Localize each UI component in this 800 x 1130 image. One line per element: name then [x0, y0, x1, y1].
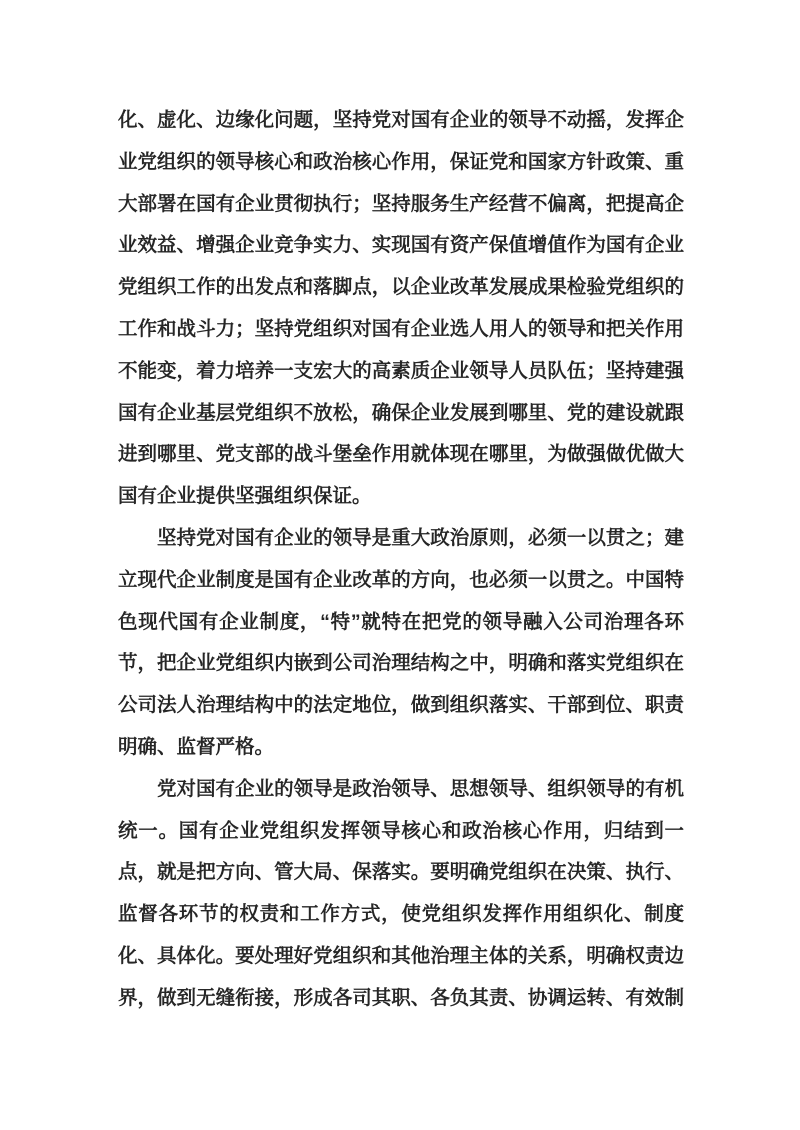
document-text-block: 化、虚化、边缘化问题，坚持党对国有企业的领导不动摇，发挥企 业党组织的领导核心和… [118, 100, 684, 1020]
text-line: 国有企业提供坚强组织保证。 [118, 476, 684, 518]
text-line: 业党组织的领导核心和政治核心作用，保证党和国家方针政策、重 [118, 142, 684, 184]
text-line: 公司法人治理结构中的法定地位，做到组织落实、干部到位、职责 [118, 685, 684, 727]
text-line: 监督各环节的权责和工作方式，使党组织发挥作用组织化、制度 [118, 894, 684, 936]
text-line: 不能变，着力培养一支宏大的高素质企业领导人员队伍；坚持建强 [118, 351, 684, 393]
text-line: 工作和战斗力；坚持党组织对国有企业选人用人的领导和把关作用 [118, 309, 684, 351]
text-line: 界，做到无缝衔接，形成各司其职、各负其责、协调运转、有效制 [118, 978, 684, 1020]
text-line: 大部署在国有企业贯彻执行；坚持服务生产经营不偏离，把提高企 [118, 184, 684, 226]
text-line: 坚持党对国有企业的领导是重大政治原则，必须一以贯之；建 [118, 518, 684, 560]
text-line: 进到哪里、党支部的战斗堡垒作用就体现在哪里，为做强做优做大 [118, 434, 684, 476]
text-line: 明确、监督严格。 [118, 727, 684, 769]
paragraph: 化、虚化、边缘化问题，坚持党对国有企业的领导不动摇，发挥企 业党组织的领导核心和… [118, 100, 684, 518]
text-line: 党对国有企业的领导是政治领导、思想领导、组织领导的有机 [118, 769, 684, 811]
text-line: 色现代国有企业制度，“特”就特在把党的领导融入公司治理各环 [118, 602, 684, 644]
text-line: 党组织工作的出发点和落脚点，以企业改革发展成果检验党组织的 [118, 267, 684, 309]
text-line: 化、具体化。要处理好党组织和其他治理主体的关系，明确权责边 [118, 936, 684, 978]
text-line: 国有企业基层党组织不放松，确保企业发展到哪里、党的建设就跟 [118, 393, 684, 435]
paragraph: 坚持党对国有企业的领导是重大政治原则，必须一以贯之；建 立现代企业制度是国有企业… [118, 518, 684, 769]
text-line: 立现代企业制度是国有企业改革的方向，也必须一以贯之。中国特 [118, 560, 684, 602]
text-line: 点，就是把方向、管大局、保落实。要明确党组织在决策、执行、 [118, 852, 684, 894]
text-line: 节，把企业党组织内嵌到公司治理结构之中，明确和落实党组织在 [118, 643, 684, 685]
text-line: 化、虚化、边缘化问题，坚持党对国有企业的领导不动摇，发挥企 [118, 100, 684, 142]
text-line: 统一。国有企业党组织发挥领导核心和政治核心作用，归结到一 [118, 811, 684, 853]
document-page: 化、虚化、边缘化问题，坚持党对国有企业的领导不动摇，发挥企 业党组织的领导核心和… [0, 0, 800, 1130]
paragraph: 党对国有企业的领导是政治领导、思想领导、组织领导的有机 统一。国有企业党组织发挥… [118, 769, 684, 1020]
text-line: 业效益、增强企业竞争实力、实现国有资产保值增值作为国有企业 [118, 225, 684, 267]
